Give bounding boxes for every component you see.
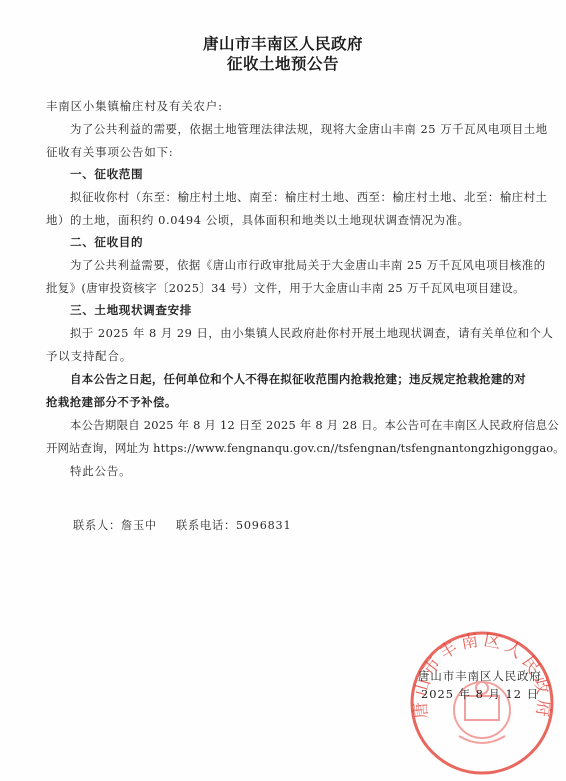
section-heading-scope: 一、征收范围 [70, 166, 526, 182]
period-line-2: 开网站查询，网址为 https://www.fengnanqu.gov.cn//… [46, 440, 526, 456]
document-subtitle: 征收土地预公告 [0, 52, 566, 74]
official-seal-icon: 唐山市丰南区人民政府 [407, 628, 557, 778]
intro-line-2: 征收有关事项公告如下: [46, 144, 526, 160]
section-heading-purpose: 二、征收目的 [70, 234, 526, 250]
intro-line-1: 为了公共利益的需要，依据土地管理法律法规，现将大金唐山丰南 25 万千瓦风电项目… [70, 121, 526, 137]
purpose-line-1: 为了公共利益需要，依据《唐山市行政审批局关于大金唐山丰南 25 万千瓦风电项目核… [70, 257, 526, 273]
contact-person: 联系人：詹玉中 [73, 517, 157, 533]
purpose-line-2: 批复》(唐审投资核字〔2025〕34 号）文件，用于大金唐山丰南 25 万千瓦风… [46, 280, 526, 296]
period-line-1: 本公告期限自 2025 年 8 月 12 日至 2025 年 8 月 28 日。… [70, 417, 526, 433]
section-heading-survey: 三、土地现状调查安排 [70, 302, 526, 318]
signature-org: 唐山市丰南区人民政府 [405, 668, 555, 684]
addressee: 丰南区小集镇榆庄村及有关农户: [46, 98, 526, 114]
warning-line-1: 自本公告之日起，任何单位和个人不得在拟征收范围内抢栽抢建；违反规定抢栽抢建的对 [70, 371, 526, 387]
scope-line-1: 拟征收你村（东至：榆庄村土地、南至：榆庄村土地、西至：榆庄村土地、北至：榆庄村土 [70, 189, 526, 205]
scope-line-2: 地）的土地，面积约 0.0494 公顷，具体面积和地类以土地现状调查情况为准。 [46, 212, 526, 228]
survey-line-2: 予以支持配合。 [46, 348, 526, 364]
signature-date: 2025 年 8 月 12 日 [405, 686, 555, 702]
contact-phone: 联系电话：5096831 [176, 517, 291, 533]
document-page: 唐山市丰南区人民政府 征收土地预公告 丰南区小集镇榆庄村及有关农户: 为了公共利… [0, 0, 566, 781]
document-title: 唐山市丰南区人民政府 [0, 32, 566, 54]
closing-text: 特此公告。 [70, 463, 526, 479]
survey-line-1: 拟于 2025 年 8 月 29 日，由小集镇人民政府赴你村开展土地现状调查，请… [70, 325, 526, 341]
warning-line-2: 抢栽抢建部分不予补偿。 [46, 394, 526, 410]
